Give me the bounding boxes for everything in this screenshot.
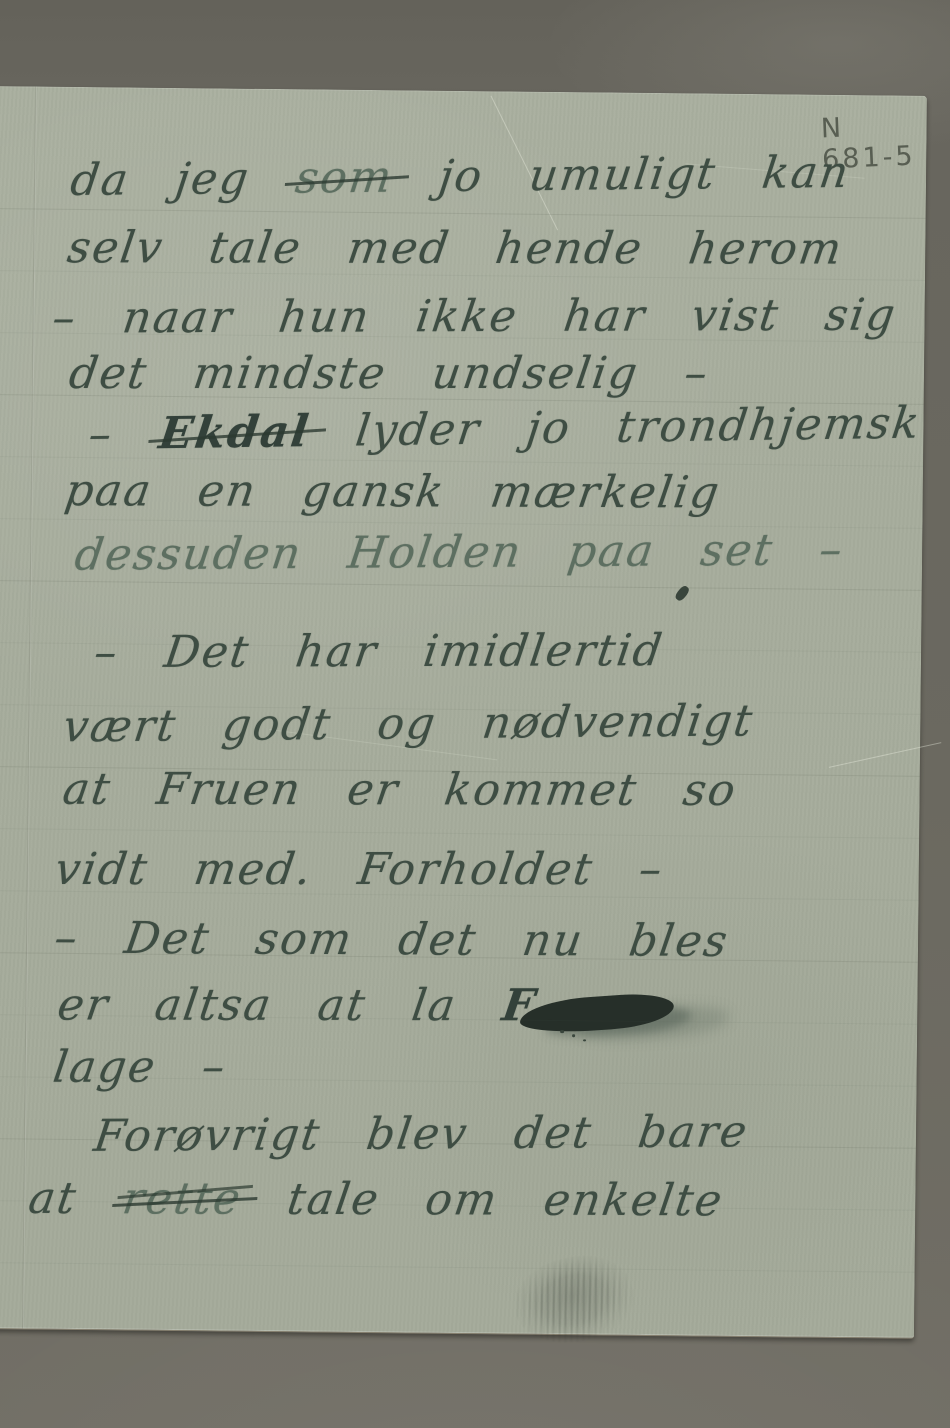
handwriting-line: selv tale med hende herom	[65, 226, 846, 271]
rule-line	[0, 1262, 915, 1273]
handwriting-line: det mindste undselig –	[66, 352, 711, 396]
word-segment: lyder jo trondhjemsk	[307, 398, 924, 457]
word-segment: vidt med. Forholdet –	[52, 844, 667, 895]
crease	[829, 742, 942, 768]
word-segment: paa en gansk mærkelig	[62, 465, 724, 518]
word-segment: – naar hun ikke har vist sig	[49, 290, 899, 344]
word-segment: det mindste undselig –	[66, 348, 712, 399]
word-segment: tale om enkelte	[238, 1174, 727, 1227]
manuscript-paper: N 681-5 da jeg som jo umuligt kan selv t…	[0, 86, 927, 1339]
fingerprint-smudge	[505, 1244, 641, 1354]
handwriting-line: vært godt og nødvendigt	[61, 699, 757, 749]
ink-speck	[572, 1034, 575, 1037]
handwriting-line: at Fruen er kommet so	[60, 768, 740, 813]
word-segment: dessuden Holden paa set –	[72, 524, 847, 580]
rule-line	[0, 828, 919, 839]
ink-speck	[560, 1030, 564, 1033]
handwriting-line: – Det har imidlertid	[92, 629, 667, 675]
word-segment: at Fruen er kommet so	[60, 764, 741, 816]
rule-line	[0, 208, 926, 219]
word-segment: Forøvrigt blev det bare	[91, 1106, 752, 1161]
word-segment: –	[86, 408, 163, 460]
word-segment: selv tale med hende herom	[64, 222, 846, 274]
handwriting-line: vidt med. Forholdet –	[52, 848, 666, 892]
word-segment: at	[25, 1173, 126, 1224]
handwriting-line: Forøvrigt blev det bare	[91, 1110, 751, 1158]
handwriting-line: er altsa at la F	[55, 984, 677, 1029]
word-struck: som	[293, 152, 397, 204]
rule-line	[0, 580, 922, 591]
word-struck: Ekdal	[156, 406, 313, 459]
handwriting-line: da jeg som jo umuligt kan	[68, 151, 853, 203]
handwriting-line: dessuden Holden paa set –	[72, 528, 846, 577]
word-segment: vært godt og nødvendigt	[60, 696, 757, 753]
ink-speck	[583, 1039, 586, 1041]
word-struck: rette	[119, 1173, 245, 1224]
fold-highlight	[23, 87, 37, 1329]
word-segment: – Det har imidlertid	[91, 625, 667, 678]
handwriting-line: at rette tale om enkelte	[26, 1177, 726, 1223]
handwriting-line: lage –	[51, 1046, 230, 1090]
word-segment: da jeg	[68, 153, 299, 206]
ink-blot	[519, 991, 675, 1035]
handwriting-line: – Ekdal lyder jo trondhjemsk	[86, 402, 923, 457]
handwriting-line: paa en gansk mærkelig	[62, 469, 723, 515]
word-segment: lage –	[50, 1042, 230, 1093]
word-segment: er altsa at la	[54, 980, 506, 1032]
word-segment: jo umuligt kan	[390, 147, 854, 203]
